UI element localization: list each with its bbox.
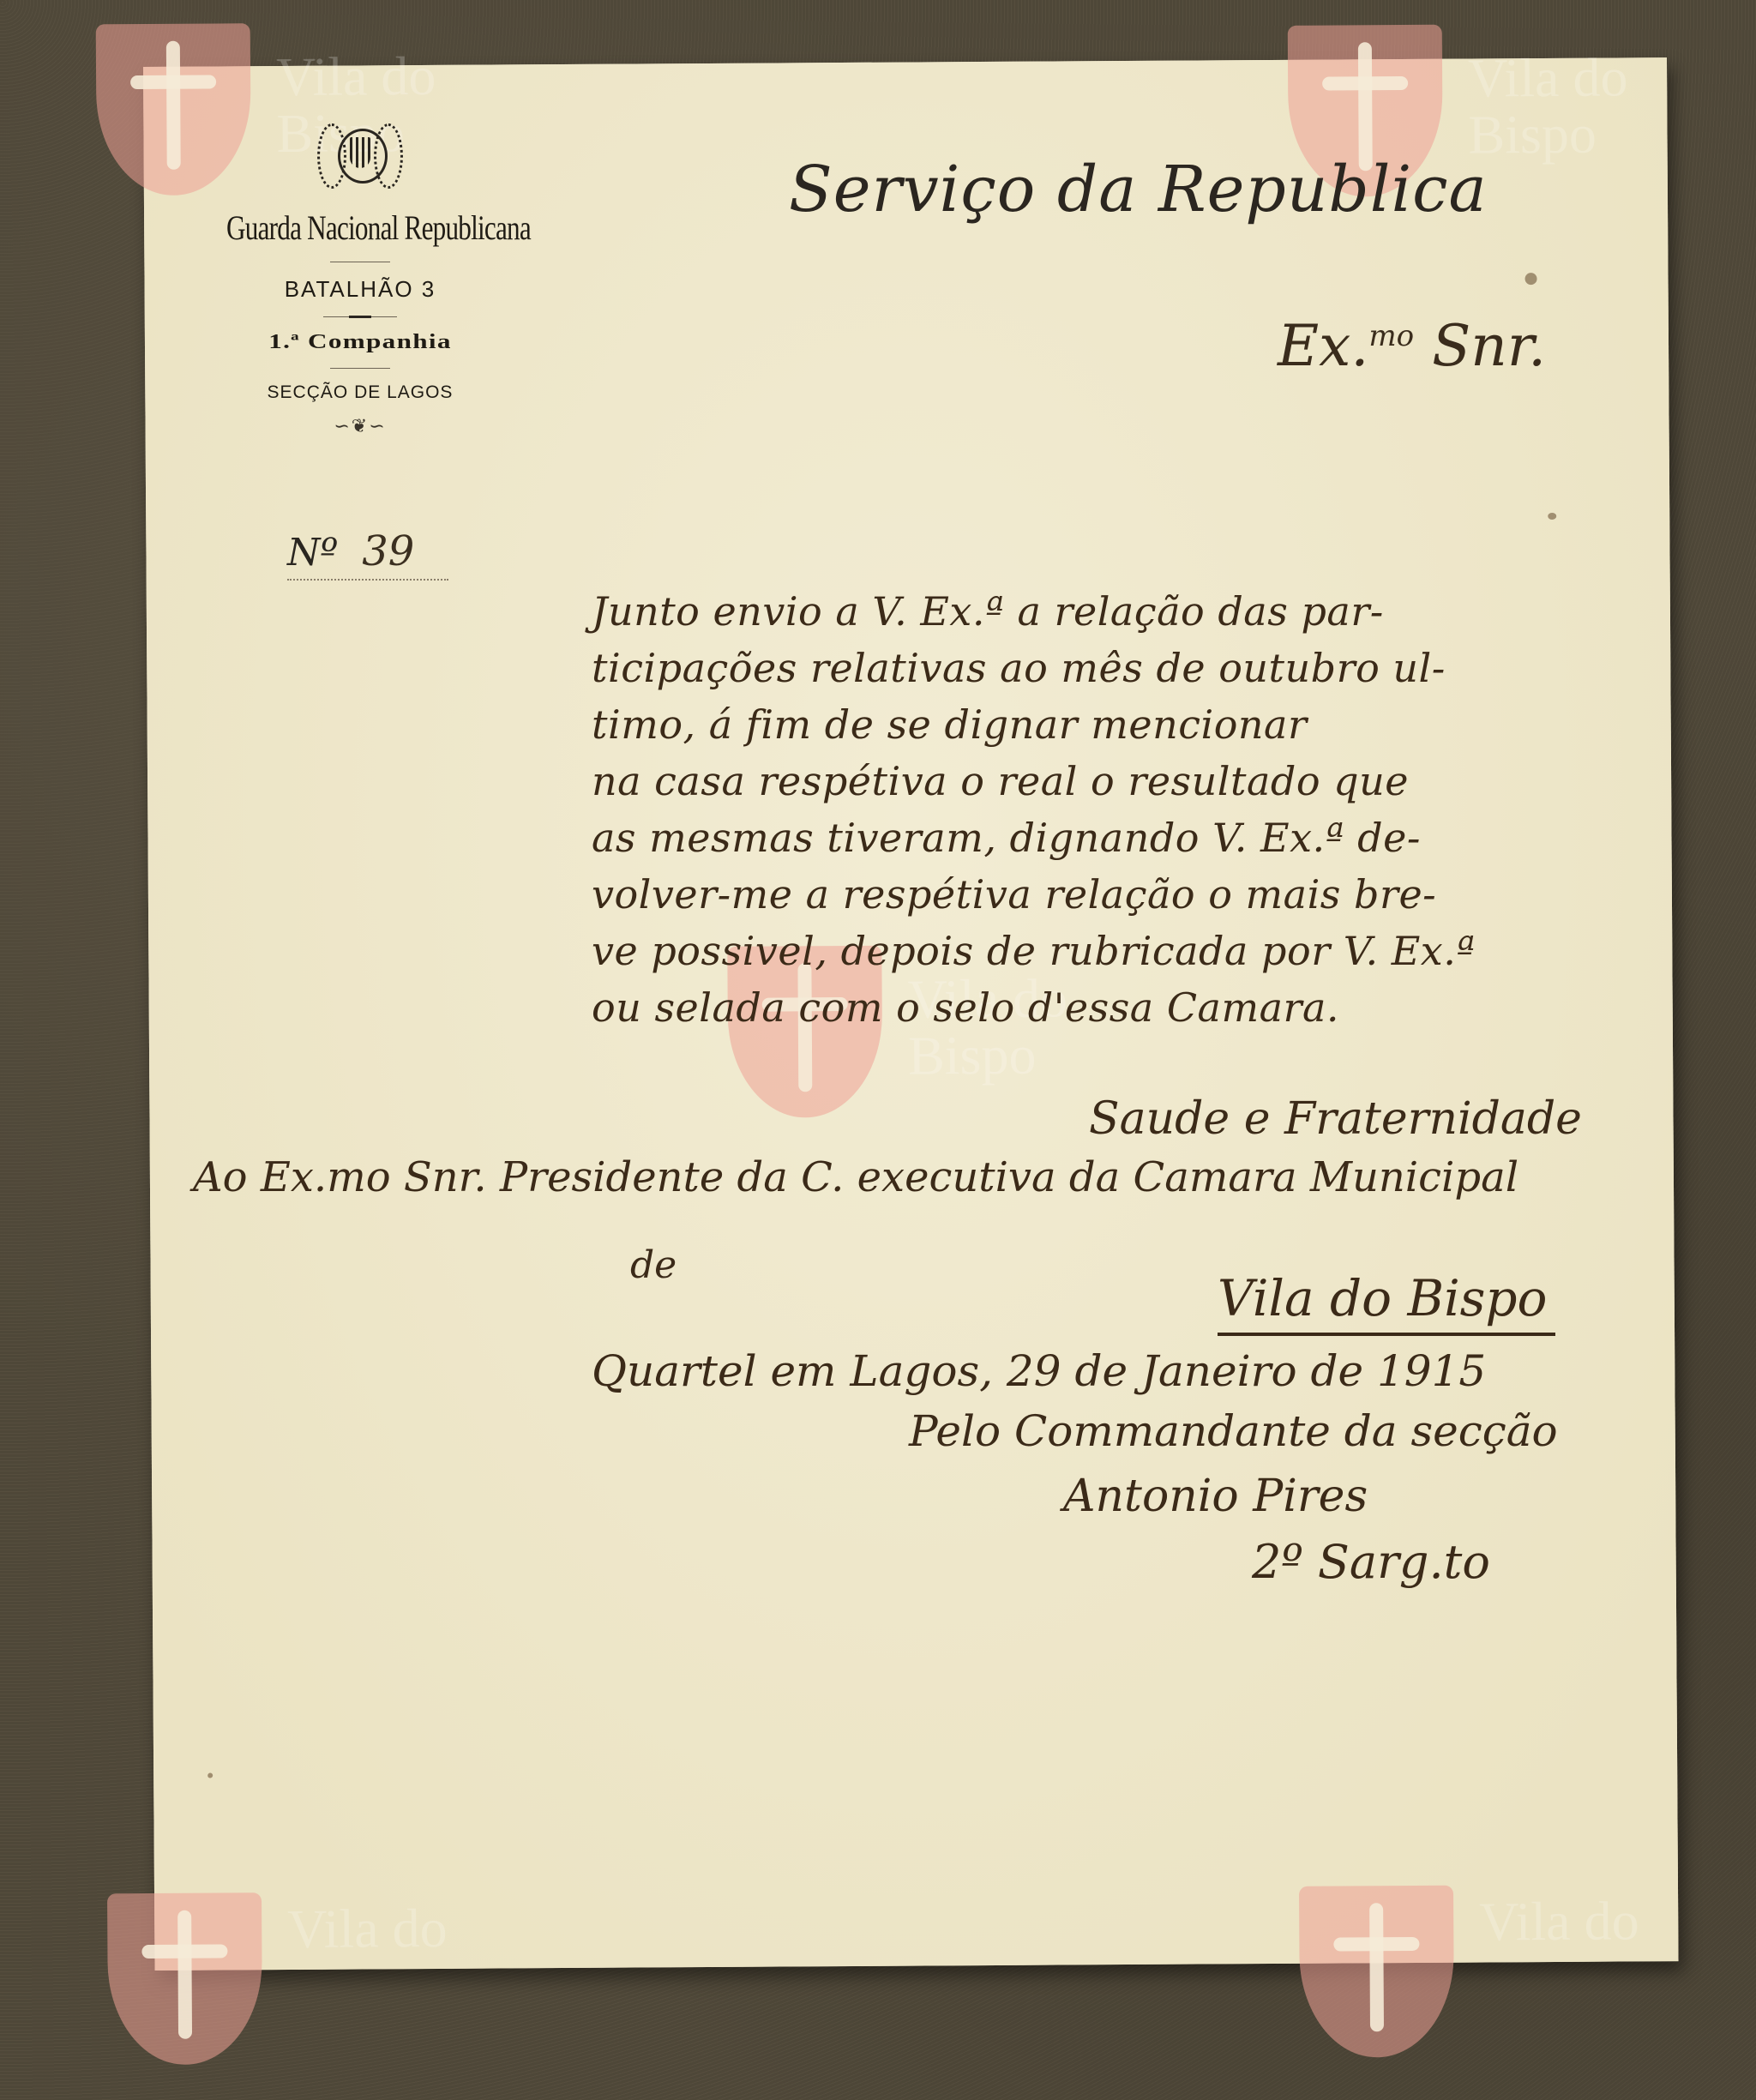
signoff-by-line: Pelo Commandante da secção	[909, 1406, 1558, 1456]
divider	[330, 368, 390, 369]
closing-phrase: Saude e Fraternidade	[1089, 1093, 1582, 1145]
signature: Antonio Pires	[1063, 1471, 1368, 1522]
organization-name: Guarda Nacional Republicana	[226, 208, 494, 248]
battalion-label: BATALHÃO 3	[189, 276, 532, 303]
ink-spot	[207, 1773, 213, 1778]
divider	[323, 316, 397, 317]
body-line: volver-me a respétiva relação o mais bre…	[592, 866, 1663, 923]
watermark-text: Vila do	[1479, 1892, 1639, 1950]
ink-spot	[1548, 513, 1556, 520]
shield-watermark-icon	[107, 1892, 262, 2065]
body-line: Junto envio a V. Ex.ª a relação das par-	[592, 583, 1663, 640]
watermark-text: Vila do	[287, 1900, 448, 1958]
number-value: 39	[362, 527, 414, 575]
number-label: Nº	[287, 531, 338, 575]
ink-spot	[1524, 273, 1536, 285]
signatory-rank: 2º Sarg.to	[1252, 1535, 1490, 1589]
body-line: as mesmas tiveram, dignando V. Ex.ª de-	[592, 809, 1663, 866]
portuguese-coat-of-arms-icon	[317, 118, 403, 192]
addressee-connector: de	[630, 1243, 677, 1287]
section-label: SECÇÃO DE LAGOS	[189, 382, 532, 403]
body-line: ou selada com o selo d'essa Camara.	[592, 979, 1663, 1036]
shield-watermark-icon	[1299, 1886, 1454, 2058]
addressee-place: Vila do Bispo	[1218, 1269, 1555, 1336]
body-line: ticipações relativas ao mês de outubro u…	[592, 640, 1663, 696]
divider	[330, 262, 390, 262]
body-line: timo, á fim de se dignar mencionar	[592, 696, 1663, 753]
reference-number: Nº39	[287, 527, 448, 581]
body-line: ve possivel, depois de rubricada por V. …	[592, 923, 1663, 979]
letterhead: Guarda Nacional Republicana BATALHÃO 3 1…	[189, 118, 532, 437]
body-line: na casa respétiva o real o resultado que	[592, 753, 1663, 809]
ornament-icon: ∽❦∽	[189, 415, 532, 437]
company-label: 1.ª Companhia	[137, 331, 583, 354]
salutation: Ex.mo Snr.	[1278, 313, 1546, 379]
watermark-text: Vila doBispo	[1468, 49, 1628, 163]
letter-body: Junto envio a V. Ex.ª a relação das par-…	[592, 583, 1663, 1036]
dateline: Quartel em Lagos, 29 de Janeiro de 1915	[592, 1346, 1486, 1396]
letter-heading: Serviço da Republica	[789, 153, 1488, 226]
addressee-line: Ao Ex.mo Snr. Presidente da C. executiva…	[193, 1153, 1518, 1201]
